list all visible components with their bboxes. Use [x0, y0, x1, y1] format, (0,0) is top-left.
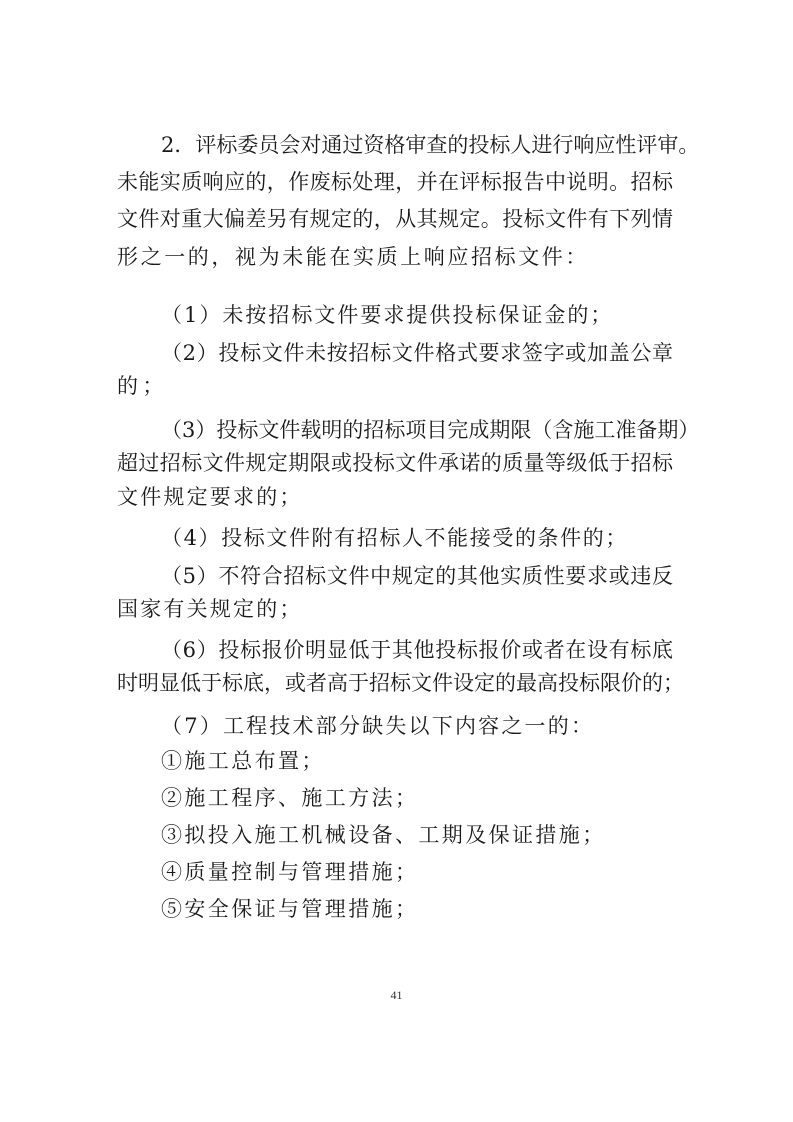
- page-number: 41: [0, 988, 793, 1003]
- item-2-line-2: 的；: [117, 372, 677, 400]
- item-3-line-1: （3）投标文件载明的招标项目完成期限（含施工准备期）: [161, 416, 673, 444]
- item-5-line-2: 国家有关规定的；: [117, 595, 677, 623]
- section-2-line-3: 文件对重大偏差另有规定的，从其规定。投标文件有下列情: [117, 205, 673, 233]
- section-2-line-4: 形之一的，视为未能在实质上响应招标文件：: [117, 243, 677, 271]
- item-6-line-1: （6）投标报价明显低于其他投标报价或者在设有标底: [161, 636, 673, 664]
- item-2-line-1: （2）投标文件未按招标文件格式要求签字或加盖公章: [161, 339, 673, 367]
- sub-item-1: ①施工总布置；: [161, 747, 677, 775]
- sub-item-4: ④质量控制与管理措施；: [161, 858, 677, 886]
- item-6-line-2: 时明显低于标底，或者高于招标文件设定的最高投标限价的；: [117, 669, 673, 697]
- section-2-line-2: 未能实质响应的，作废标处理，并在评标报告中说明。招标: [117, 168, 673, 196]
- item-3-line-3: 文件规定要求的；: [117, 483, 677, 511]
- item-5-line-1: （5）不符合招标文件中规定的其他实质性要求或违反: [161, 562, 673, 590]
- item-7-line-1: （7）工程技术部分缺失以下内容之一的：: [161, 712, 677, 740]
- document-page: 2．评标委员会对通过资格审查的投标人进行响应性评审。 未能实质响应的，作废标处理…: [0, 0, 793, 1122]
- sub-item-2: ②施工程序、施工方法；: [161, 784, 677, 812]
- item-3-line-2: 超过招标文件规定期限或投标文件承诺的质量等级低于招标: [117, 449, 673, 477]
- item-1-line-1: （1）未按招标文件要求提供投标保证金的；: [161, 301, 677, 329]
- sub-item-5: ⑤安全保证与管理措施；: [161, 895, 677, 923]
- sub-item-3: ③拟投入施工机械设备、工期及保证措施；: [161, 821, 677, 849]
- section-2-line-1: 2．评标委员会对通过资格审查的投标人进行响应性评审。: [161, 131, 673, 159]
- item-4-line-1: （4）投标文件附有招标人不能接受的条件的；: [161, 524, 677, 552]
